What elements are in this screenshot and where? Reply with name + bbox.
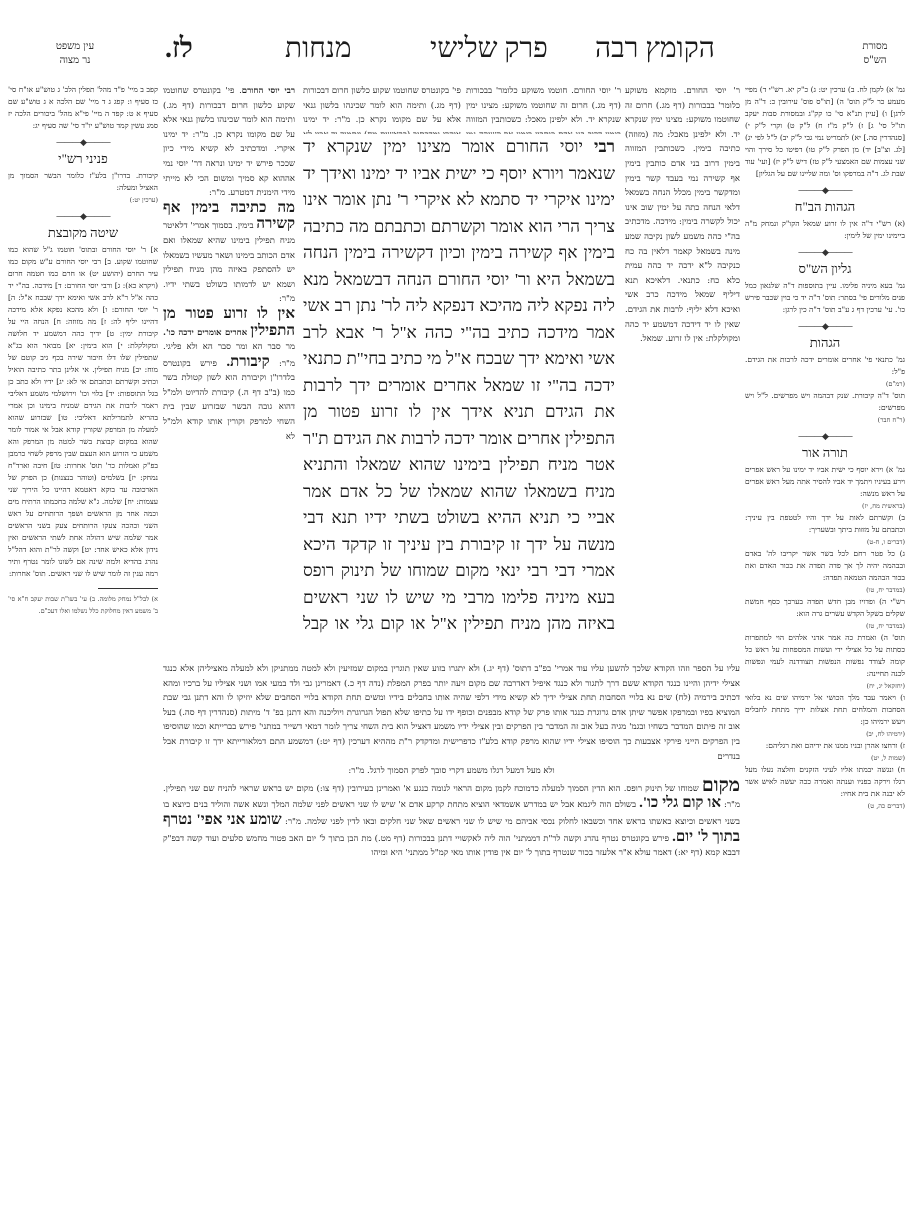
footnote-divider <box>98 588 158 589</box>
ornament-divider: ———◆——— <box>745 432 905 442</box>
torah-or-verse: ו) ויאמר עבד מלך הכושי אל ירמיהו שים נא … <box>745 692 905 728</box>
ornament-divider: ———◆——— <box>8 212 158 222</box>
hagahot-title: הגהות <box>745 334 905 352</box>
shita-mekubetzet-title: שיטה מקובצת <box>8 224 158 242</box>
torah-or-ref: (במדבר יח, טו) <box>745 584 905 596</box>
masoret-label-line-2: הש"ס <box>845 54 905 68</box>
ornament-divider: ———◆——— <box>745 322 905 332</box>
tosafot-dibur-hamatchil-3b: אחרים אומרים ידכה כו'. <box>163 328 247 338</box>
hagahot-habach-text: (א) רש"י ד"ה אין לו זרוע שמאל הקו"ק ונמח… <box>745 218 905 242</box>
penei-rashi-text: קיבורת. בדרו"ן בלע"ז כלומר הבשר הסמוך מן… <box>8 170 158 194</box>
gilyon-hashas-text: גמ' בעא מיניה פלימו. עיין בתוספות ד"ה של… <box>745 280 905 316</box>
bottom-dh-makom: מקום <box>702 775 740 796</box>
bottom-center-line: ולא מעל דמעל רגלו משמע דקרי סובך לפרק הס… <box>163 764 740 779</box>
torah-or-ref: (יחזקאל יג, יח) <box>745 680 905 692</box>
tosafot-commentary: רבי יוסי החורם. פי' בקונטרס שחוטמו שקוע … <box>163 84 295 659</box>
shita-mekubetzet-text: א] ר' יוסי החורם ובתוס' חוטמו ג"ל שהוא כ… <box>8 244 158 580</box>
ein-mishpat-label-line-1: עין משפט <box>40 40 110 54</box>
torah-or-ref: (דברים כה, ט) <box>745 800 905 812</box>
tosafot-dibur-hamatchil-4: קיבורת. <box>226 354 269 370</box>
bottom-commentary: עליו על הספר וזהו הקודא שלכך להשען עליו … <box>163 662 740 1132</box>
torah-or-title: תורה אור <box>745 444 905 462</box>
rashi-top-band: ר' יוסי החורם. חוטמו משוקע כלומר' בבכורו… <box>466 84 621 134</box>
tosafot-text-4: פירש בקונטרס בלדרו"ן וקיבורת הוא לשון קט… <box>163 359 295 442</box>
right-margin: גמ' א) לקמן לח. ב) ערכין יט: ג) כ"ק יא. … <box>745 84 905 1134</box>
gemara-text: יוסי החורם אומר מצינו ימין שנקרא יד שנאמ… <box>303 137 615 634</box>
hagahot-text: גמ' כתנאי פי' אחרים אומרים ידכה לרבות את… <box>745 354 905 378</box>
ein-mishpat-label-line-2: נר מצוה <box>40 54 110 68</box>
tosafot-dibur-hamatchil: רבי יוסי החורם <box>242 86 295 96</box>
gemara-opening-word: רבי <box>594 137 615 156</box>
hagahot-ref: (רמ"ם) <box>745 378 905 390</box>
masoret-hashas-text: גמ' א) לקמן לח. ב) ערכין יט: ג) כ"ק יא. … <box>745 84 905 180</box>
gilyon-hashas-title: גליון הש"ס <box>745 260 905 278</box>
left-margin: קפב ב מיי' פ"ד מהל' תפלין הלכ' ג טוש"ע א… <box>8 84 158 1134</box>
masoret-hashas-label: מסורת הש"ס <box>845 40 905 68</box>
torah-or-verse: גמ' א) וירא יוסף כי ישית אביו יד ימינו ע… <box>745 464 905 500</box>
tosafot-top-band: פי' בקונטרס שחוטמו שקוע כלשון חרום דבכור… <box>303 84 461 134</box>
ornament-divider: ———◆——— <box>8 138 158 148</box>
hagahot-habach-title: הגהות הב"ח <box>745 198 905 216</box>
ornament-divider: ———◆——— <box>745 186 905 196</box>
torah-or-ref: (בראשית מח, יז) <box>745 500 905 512</box>
torah-or-ref: (במדבר יח, טז) <box>745 620 905 632</box>
ornament-divider: ———◆——— <box>745 248 905 258</box>
hagahot-text-2: תוס' ד"ה קיבורת. שנק דבהמה ויש מפרשים. ל… <box>745 390 905 414</box>
torah-or-verse: רש"י ה) ופדויו מבן חדש תפדה בערכך כסף חמ… <box>745 596 905 620</box>
bottom-text-a: עליו על הספר וזהו הקודא שלכך להשען עליו … <box>163 662 740 764</box>
ein-mishpat-label: עין משפט נר מצוה <box>40 40 110 68</box>
penei-rashi-title: פניני רש"י <box>8 150 158 168</box>
hagahot-ref-2: (ר"ח חבר) <box>745 414 905 426</box>
left-footnotes: א) לבל"ל נמחק מלומה. ב) עי' בשו"ת שבות י… <box>8 593 158 617</box>
torah-or-ref: (דברים ו, ח-ט) <box>745 536 905 548</box>
page-header: מסורת הש"ס הקומץ רבה פרק שלישי מנחות לז.… <box>0 0 914 80</box>
tosafot-text-2: בימין. בסמוך אמרי' דלאיטר מניח תפילין בי… <box>163 221 295 304</box>
penei-rashi-ref: (ערכין יט:) <box>8 194 158 206</box>
folio-number: לז. <box>165 32 193 66</box>
chapter-name: הקומץ רבה <box>595 32 715 66</box>
torah-or-verse: ג) כל פטר רחם לכל בשר אשר יקריבו לה' באד… <box>745 548 905 584</box>
torah-or-verse: ב) וקשרתם לאות על ידך והיו לטטפת בין עינ… <box>745 512 905 536</box>
torah-or-verse: ח) ונגשה יבמתו אליו לעיני הזקנים וחלצה נ… <box>745 764 905 800</box>
ein-mishpat-text: קפב ב מיי' פ"ד מהל' תפלין הלכ' ג טוש"ע א… <box>8 84 158 132</box>
tractate-name: מנחות <box>285 32 352 66</box>
torah-or-ref: (ירמיהו לח, יב) <box>745 728 905 740</box>
gemara-main-text: רבי יוסי החורם אומר מצינו ימין שנקרא יד … <box>303 134 615 634</box>
tosafot-text: פי' בקונטרס שחוטמו שקוע כלשון חרום דבכור… <box>163 86 295 198</box>
rashi-commentary: ר' יוסי החורם. מוקמא משוקע כלומר' בבכורו… <box>625 84 740 659</box>
torah-or-verse: תוס' ה) ואמרת כה אמר אדני אלהים הוי למתפ… <box>745 632 905 680</box>
torah-or-verse: ז) ורחצו אהרן ובניו ממנו את ידיהם ואת רג… <box>745 740 905 752</box>
bottom-text-shomea: פירש בקונטרס נטרף נהרג וקשה לר"ת דממתני'… <box>163 834 740 859</box>
chapter-number: פרק שלישי <box>430 32 548 66</box>
masoret-label-line-1: מסורת <box>845 40 905 54</box>
bottom-dh-kum: או קום גלי כו'. <box>639 795 721 811</box>
rashi-text: ר' יוסי החורם. מוקמא משוקע כלומר' בבכורו… <box>625 84 740 347</box>
torah-or-ref: (שמות ל, יט) <box>745 752 905 764</box>
